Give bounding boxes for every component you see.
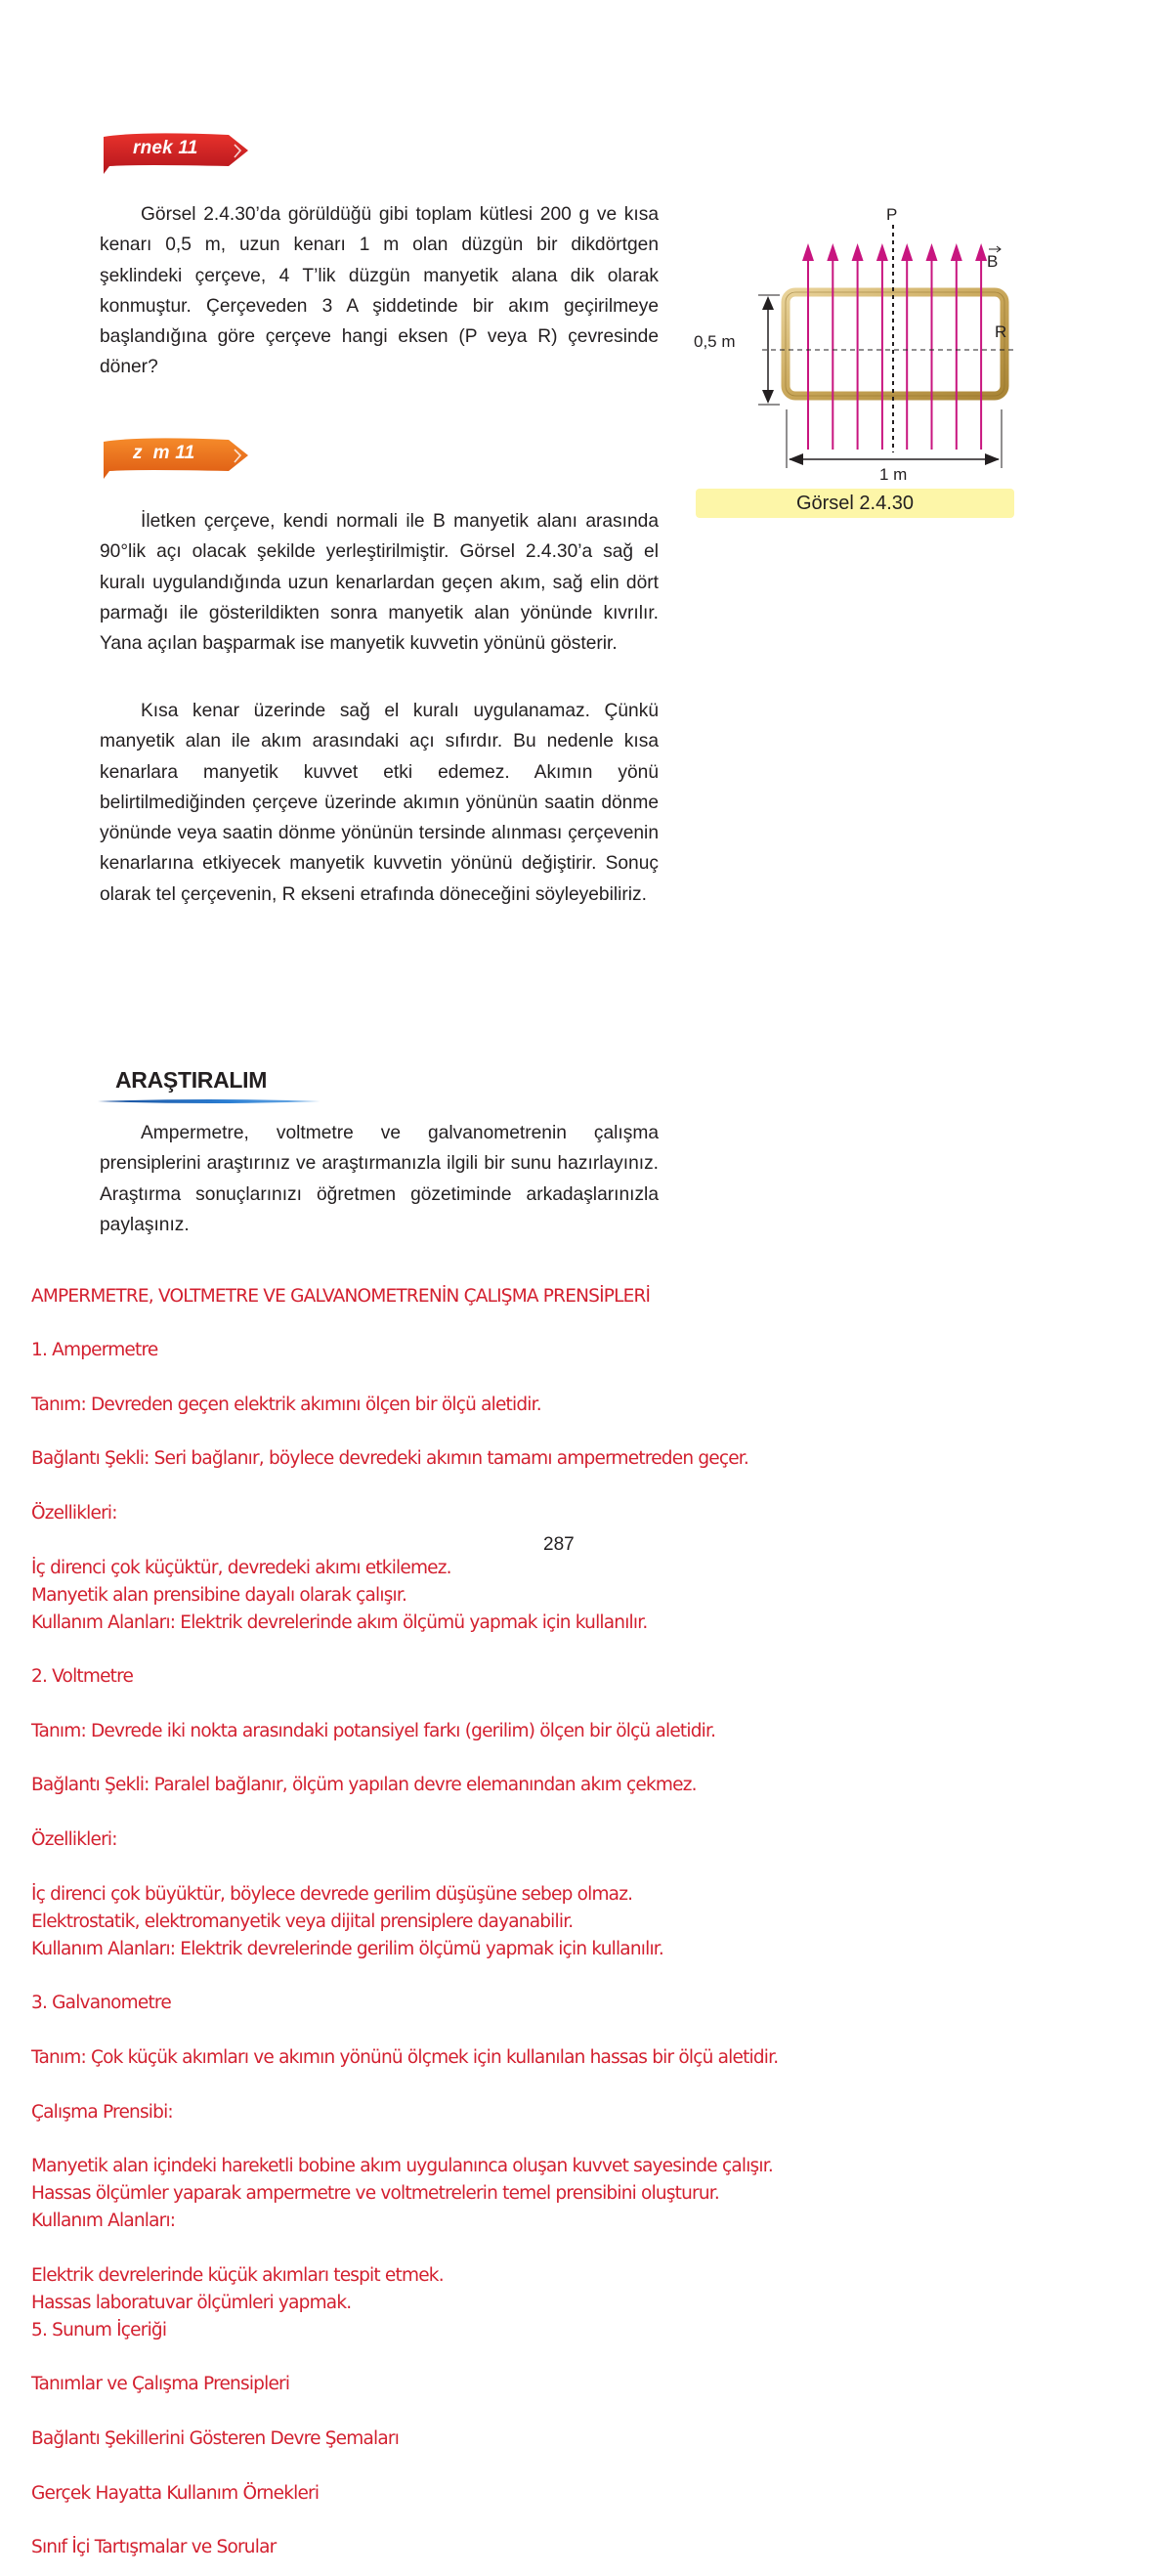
overlay-line: 5. Sunum İçeriği xyxy=(31,2320,166,2340)
label-axis-r: R xyxy=(995,322,1006,341)
overlay-line: Tanımlar ve Çalışma Prensipleri xyxy=(31,2374,289,2394)
figure-caption: Görsel 2.4.30 xyxy=(696,489,1014,518)
overlay-line: Bağlantı Şekli: Paralel bağlanır, ölçüm … xyxy=(31,1775,697,1795)
overlay-line: Bağlantı Şekillerini Gösteren Devre Şema… xyxy=(31,2428,399,2449)
overlay-line: AMPERMETRE, VOLTMETRE VE GALVANOMETRENİN… xyxy=(31,1286,650,1307)
overlay-line: Sınıf İçi Tartışmalar ve Sorular xyxy=(31,2537,276,2557)
overlay-line: Tanım: Devrede iki nokta arasındaki pota… xyxy=(31,1721,715,1741)
overlay-line: Gerçek Hayatta Kullanım Örnekleri xyxy=(31,2483,319,2504)
wire-frame xyxy=(786,292,1004,396)
arrow-up-icon xyxy=(975,243,987,261)
example-ribbon-label: rnek 11 xyxy=(133,138,198,159)
example-ribbon: rnek 11 xyxy=(100,131,256,170)
label-field-b: B xyxy=(987,252,998,271)
solution-paragraph-1: İletken çerçeve, kendi normali ile B man… xyxy=(100,506,659,659)
arrow-up-icon xyxy=(901,243,913,261)
overlay-line: Çalışma Prensibi: xyxy=(31,2102,173,2123)
overlay-line: Tanım: Çok küçük akımları ve akımın yönü… xyxy=(31,2047,778,2068)
arrow-up-icon xyxy=(827,243,838,261)
solution-ribbon: z m 11 xyxy=(100,436,256,475)
overlay-line: Hassas ölçümler yaparak ampermetre ve vo… xyxy=(31,2183,719,2204)
figure-magnetic-frame: P B R 0,5 m 1 m xyxy=(684,191,1016,484)
page-number: 287 xyxy=(543,1534,575,1556)
arrow-up-icon xyxy=(802,243,814,261)
overlay-line: Kullanım Alanları: xyxy=(31,2211,175,2231)
overlay-line: 1. Ampermetre xyxy=(31,1340,157,1360)
heading-underline xyxy=(98,1098,320,1104)
research-paragraph: Ampermetre, voltmetre ve galvanometrenin… xyxy=(100,1118,659,1240)
overlay-line: Kullanım Alanları: Elektrik devrelerinde… xyxy=(31,1939,663,1959)
overlay-line: Özellikleri: xyxy=(31,1503,117,1524)
overlay-line: 2. Voltmetre xyxy=(31,1666,133,1687)
overlay-line: Hassas laboratuvar ölçümleri yapmak. xyxy=(31,2293,351,2313)
label-long-side: 1 m xyxy=(879,465,907,484)
magnetic-field-lines xyxy=(802,243,987,450)
example-problem: Görsel 2.4.30’da görüldüğü gibi toplam k… xyxy=(100,199,659,383)
arrow-up-icon xyxy=(926,243,938,261)
research-heading: ARAŞTIRALIM xyxy=(115,1067,267,1094)
problem-paragraph: Görsel 2.4.30’da görüldüğü gibi toplam k… xyxy=(100,199,659,383)
solution-text-1: İletken çerçeve, kendi normali ile B man… xyxy=(100,506,659,659)
research-text: Ampermetre, voltmetre ve galvanometrenin… xyxy=(100,1118,659,1240)
arrow-up-icon xyxy=(852,243,864,261)
label-short-side: 0,5 m xyxy=(694,332,736,351)
arrow-up-icon xyxy=(951,243,962,261)
overlay-line: Kullanım Alanları: Elektrik devrelerinde… xyxy=(31,1612,647,1633)
overlay-line: Tanım: Devreden geçen elektrik akımını ö… xyxy=(31,1395,541,1415)
overlay-line: Bağlantı Şekli: Seri bağlanır, böylece d… xyxy=(31,1448,748,1469)
overlay-line: Manyetik alan prensibine dayalı olarak ç… xyxy=(31,1585,406,1606)
overlay-line: 3. Galvanometre xyxy=(31,1993,171,2013)
solution-paragraph-2: Kısa kenar üzerinde sağ el kuralı uygula… xyxy=(100,696,659,910)
solution-ribbon-label: z m 11 xyxy=(133,443,194,464)
overlay-line: Özellikleri: xyxy=(31,1829,117,1850)
overlay-line: Elektrik devrelerinde küçük akımları tes… xyxy=(31,2265,444,2286)
arrow-up-icon xyxy=(876,243,888,261)
solution-text-2: Kısa kenar üzerinde sağ el kuralı uygula… xyxy=(100,696,659,910)
label-axis-p: P xyxy=(886,205,897,224)
overlay-line: İç direnci çok büyüktür, böylece devrede… xyxy=(31,1884,632,1905)
overlay-line: Elektrostatik, elektromanyetik veya diji… xyxy=(31,1911,573,1932)
overlay-line: İç direnci çok küçüktür, devredeki akımı… xyxy=(31,1558,451,1578)
overlay-line: Manyetik alan içindeki hareketli bobine … xyxy=(31,2156,773,2176)
